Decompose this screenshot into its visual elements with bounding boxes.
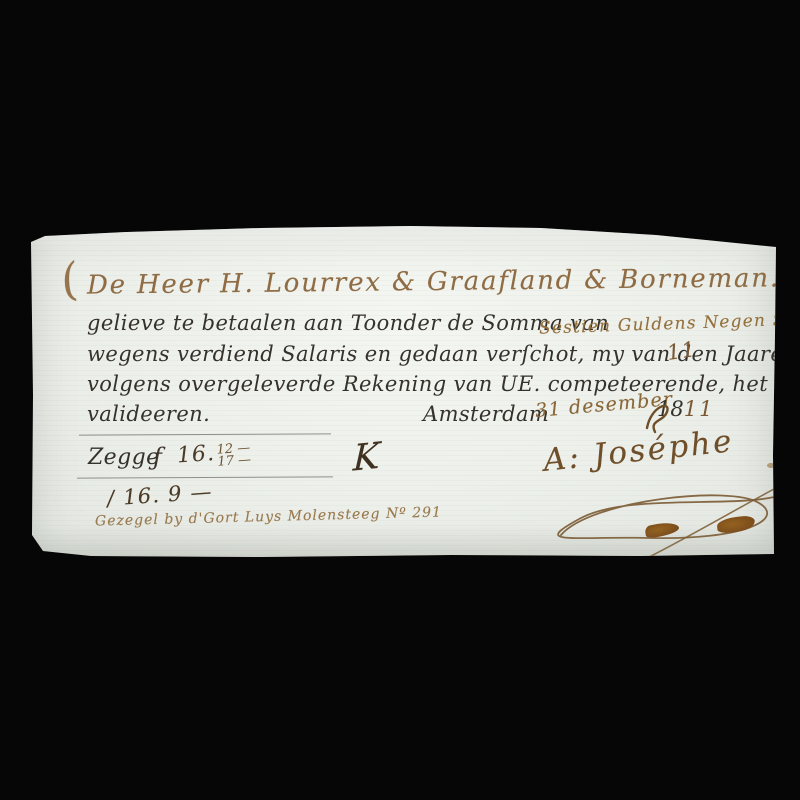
signature: A: Joséphe	[542, 423, 736, 479]
year-printed-prefix: 18	[657, 397, 684, 421]
ink-blot	[644, 520, 680, 540]
amount-figures: 16.12 —17 —	[176, 438, 251, 471]
scan-background: ( De Heer H. Lourrex & Graafland & Borne…	[0, 0, 800, 800]
addressee-opening-flourish: (	[55, 254, 85, 308]
ink-blot	[716, 515, 755, 534]
pay-order-line: gelieve te betaalen aan Toonder de Somma…	[87, 311, 609, 335]
paraph-mark: K	[352, 435, 381, 479]
validate-line: valideeren.	[87, 402, 210, 426]
florin-currency-symbol: ƒ	[153, 443, 162, 471]
zegge-rule-top	[79, 433, 331, 435]
year-group: 1811	[657, 397, 714, 421]
addressee-line: De Heer H. Lourrex & Graafland & Bornema…	[87, 263, 780, 300]
zegge-rule-bottom	[77, 476, 333, 478]
account-line: volgens overgeleverde Rekening van UE. c…	[87, 372, 800, 396]
amount-total-figures: ∕ 16. 9 —	[106, 479, 213, 510]
handwritten-year-2: 11	[684, 397, 715, 421]
zegge-label: Zegge	[88, 445, 160, 470]
handwritten-year-1: 11	[665, 337, 697, 365]
amount-figures-whole: 16.	[176, 441, 216, 469]
stamp-note-line: Gezegel by d'Gort Luys Molensteeg Nº 291	[95, 504, 442, 529]
place-label: Amsterdam	[423, 402, 549, 426]
document-paper: ( De Heer H. Lourrex & Graafland & Borne…	[31, 225, 776, 559]
amount-figures-lower: 17 —	[217, 454, 251, 468]
amount-figures-correction: 12 —17 —	[216, 442, 251, 468]
ink-blot	[767, 463, 775, 468]
